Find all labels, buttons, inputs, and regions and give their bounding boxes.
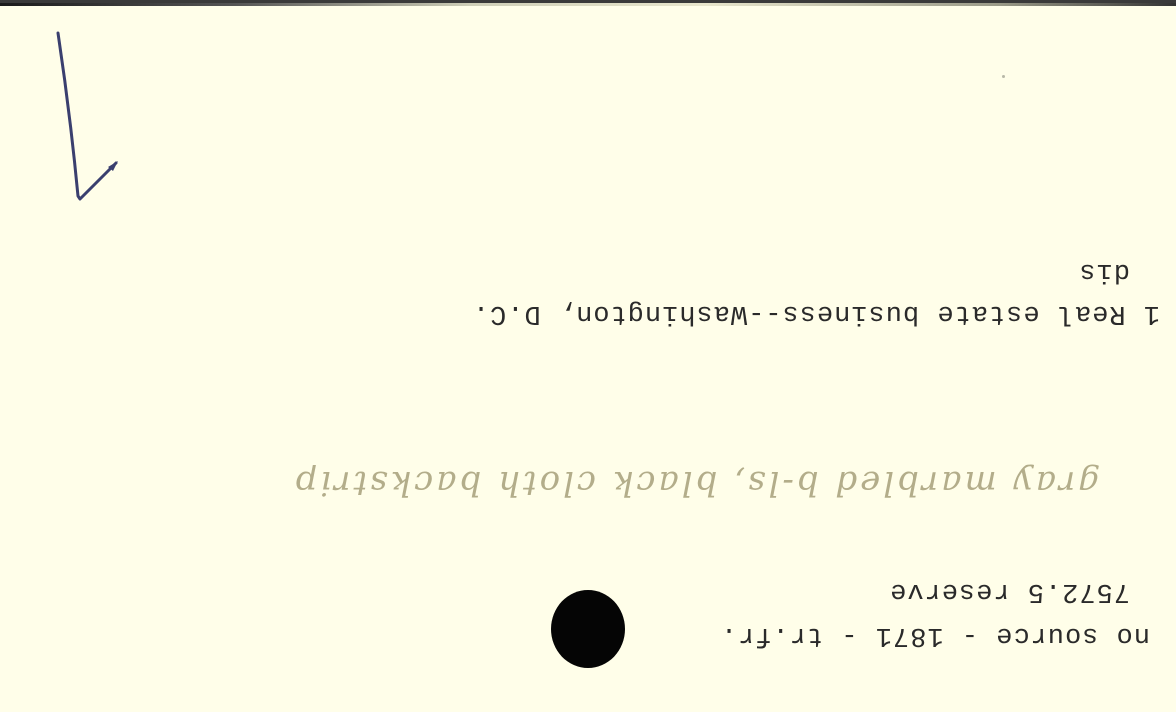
punch-hole (551, 590, 625, 668)
typed-line-subject: 1 Real estate business--Washington, D.C. (360, 293, 1160, 329)
typed-line-source: no source - 1871 - tr.fr. (630, 615, 1150, 651)
card-top-edge (0, 3, 1176, 6)
typed-line-reserve: 7572.5 reserve (820, 575, 1130, 607)
typed-line-dis: dis (1060, 255, 1130, 287)
handwritten-note: gray marbled b-ls, black cloth backstrip (100, 443, 1100, 503)
paper-speck (1002, 75, 1005, 78)
index-card: dis 1 Real estate business--Washington, … (0, 0, 1176, 712)
check-mark-icon (50, 13, 140, 213)
